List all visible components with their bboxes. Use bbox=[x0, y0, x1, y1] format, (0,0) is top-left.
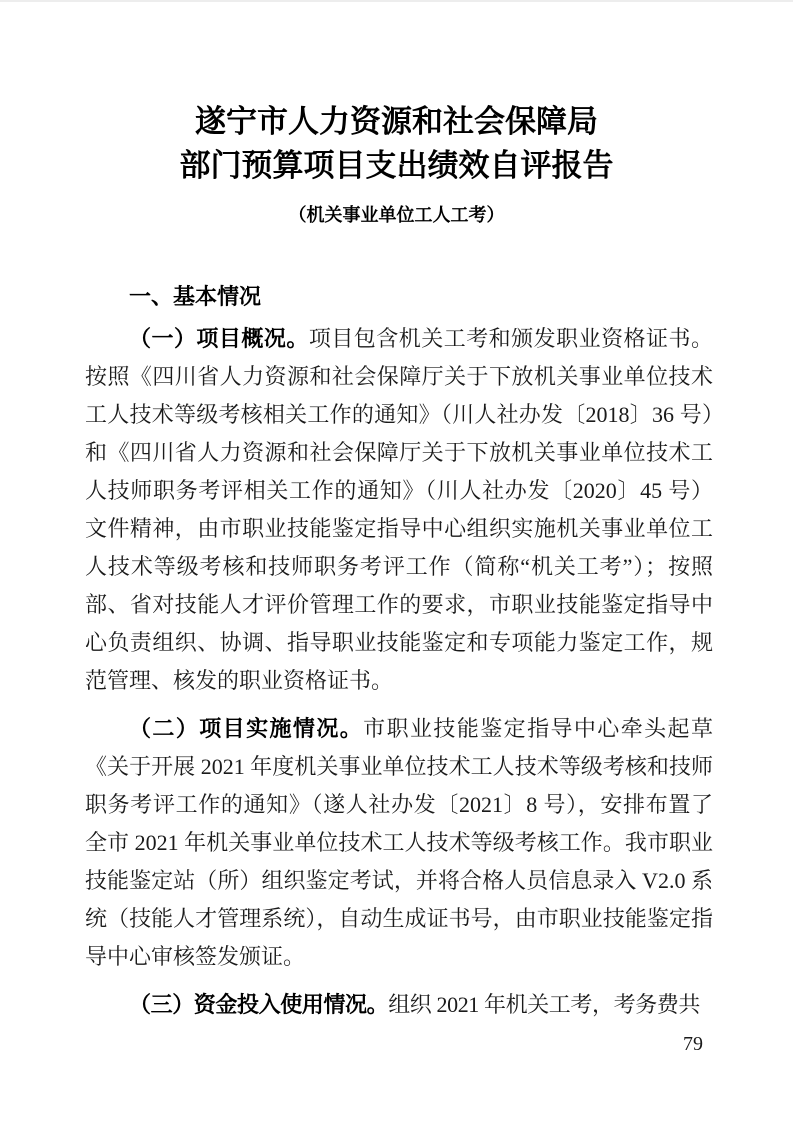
document-page: 遂宁市人力资源和社会保障局 部门预算项目支出绩效自评报告 （机关事业单位工人工考… bbox=[0, 0, 793, 1122]
report-header: 遂宁市人力资源和社会保障局 部门预算项目支出绩效自评报告 （机关事业单位工人工考… bbox=[0, 2, 793, 228]
paragraph-text: 组织 2021 年机关工考，考务费共 bbox=[388, 992, 700, 1017]
paragraph-lead: （一）项目概况。 bbox=[129, 326, 309, 351]
paragraph-lead: （二）项目实施情况。 bbox=[129, 716, 363, 741]
report-subtitle: （机关事业单位工人工考） bbox=[0, 202, 793, 228]
page-number: 79 bbox=[683, 1032, 703, 1056]
report-body: 一、基本情况 （一）项目概况。项目包含机关工考和颁发职业资格证书。按照《四川省人… bbox=[85, 278, 713, 1024]
paragraph-project-implementation: （二）项目实施情况。市职业技能鉴定指导中心牵头起草《关于开展 2021 年度机关… bbox=[85, 710, 713, 976]
paragraph-text: 项目包含机关工考和颁发职业资格证书。按照《四川省人力资源和社会保障厅关于下放机关… bbox=[85, 326, 713, 693]
section-heading-basic-situation: 一、基本情况 bbox=[85, 278, 713, 316]
paragraph-funding-usage: （三）资金投入使用情况。组织 2021 年机关工考，考务费共 bbox=[85, 986, 713, 1024]
paragraph-project-overview: （一）项目概况。项目包含机关工考和颁发职业资格证书。按照《四川省人力资源和社会保… bbox=[85, 320, 713, 700]
paragraph-text: 市职业技能鉴定指导中心牵头起草《关于开展 2021 年度机关事业单位技术工人技术… bbox=[85, 716, 713, 969]
report-title-line-2: 部门预算项目支出绩效自评报告 bbox=[0, 144, 793, 188]
paragraph-lead: （三）资金投入使用情况。 bbox=[129, 992, 388, 1017]
report-title-line-1: 遂宁市人力资源和社会保障局 bbox=[0, 100, 793, 144]
